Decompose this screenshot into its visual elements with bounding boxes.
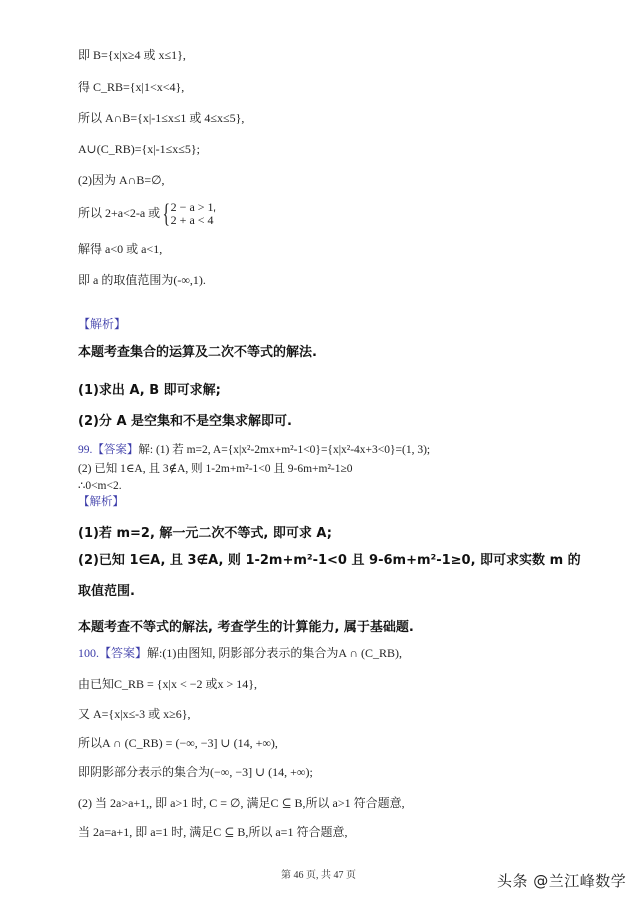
q100-answer-line: (2) 当 2a>a+1,, 即 a>1 时, C = ∅, 满足C ⊆ B,所… bbox=[78, 795, 405, 811]
q99-summary: 本题考查不等式的解法, 考查学生的计算能力, 属于基础题. bbox=[78, 620, 414, 636]
q99-answer-line: (2) 已知 1∈A, 且 3∉A, 则 1-2m+m²-1<0 且 9-6m+… bbox=[78, 461, 353, 477]
inequality-system: 2 − a > 12 + a < 4 bbox=[171, 201, 214, 227]
left-brace-icon: { bbox=[163, 201, 170, 227]
answer-text: 解:(1)由图知, 阴影部分表示的集合为A ∩ (C_RB), bbox=[147, 646, 402, 660]
answer-text: 解: (1) 若 m=2, A={x|x²-2mx+m²-1<0}={x|x²-… bbox=[138, 444, 430, 456]
analysis-tag: 【解析】 bbox=[78, 494, 124, 510]
solution-line: A∪(C_RB)={x|-1≤x≤5}; bbox=[78, 141, 200, 157]
system-prefix: 所以 2+a<2-a 或 bbox=[78, 206, 160, 220]
inequality-system-line: 所以 2+a<2-a 或{2 − a > 12 + a < 4' bbox=[78, 200, 216, 227]
q100-answer-line: 又 A={x|x≤-3 或 x≥6}, bbox=[78, 706, 191, 722]
q100-answer-line: 100.【答案】解:(1)由图知, 阴影部分表示的集合为A ∩ (C_RB), bbox=[78, 645, 402, 661]
question-number: 99. bbox=[78, 444, 92, 456]
q100-answer-line: 由已知C_RB = {x|x < −2 或x > 14}, bbox=[78, 676, 257, 692]
q99-analysis-line: 取值范围. bbox=[78, 584, 135, 600]
system-suffix: ' bbox=[214, 206, 216, 220]
q99-answer-line: ∴0<m<2. bbox=[78, 478, 122, 494]
q99-analysis-line: (2)已知 1∈A, 且 3∉A, 则 1-2m+m²-1<0 且 9-6m+m… bbox=[78, 553, 581, 569]
watermark-text: 头条 @兰江峰数学 bbox=[497, 870, 626, 891]
q100-answer-line: 所以A ∩ (C_RB) = (−∞, −3] ∪ (14, +∞), bbox=[78, 735, 278, 751]
solution-line: 即 a 的取值范围为(-∞,1). bbox=[78, 272, 206, 288]
solution-line: 所以 A∩B={x|-1≤x≤1 或 4≤x≤5}, bbox=[78, 110, 244, 126]
solution-line: 即 B={x|x≥4 或 x≤1}, bbox=[78, 47, 186, 63]
answer-tag: 【答案】 bbox=[99, 646, 147, 660]
q99-answer-line: 99.【答案】解: (1) 若 m=2, A={x|x²-2mx+m²-1<0}… bbox=[78, 442, 430, 458]
solution-line: 解得 a<0 或 a<1, bbox=[78, 241, 162, 257]
q100-answer-line: 即阴影部分表示的集合为(−∞, −3] ∪ (14, +∞); bbox=[78, 764, 313, 780]
analysis-step: (2)分 A 是空集和不是空集求解即可. bbox=[78, 414, 292, 430]
analysis-step: (1)求出 A, B 即可求解; bbox=[78, 383, 221, 399]
solution-line: (2)因为 A∩B=∅, bbox=[78, 172, 165, 188]
answer-tag: 【答案】 bbox=[92, 444, 138, 456]
analysis-tag: 【解析】 bbox=[78, 316, 126, 332]
solution-line: 得 C_RB={x|1<x<4}, bbox=[78, 79, 184, 95]
analysis-summary: 本题考查集合的运算及二次不等式的解法. bbox=[78, 345, 317, 361]
q99-analysis-line: (1)若 m=2, 解一元二次不等式, 即可求 A; bbox=[78, 526, 332, 542]
page-number-footer: 第 46 页, 共 47 页 bbox=[281, 866, 356, 881]
q100-answer-line: 当 2a=a+1, 即 a=1 时, 满足C ⊆ B,所以 a=1 符合题意, bbox=[78, 824, 347, 840]
question-number: 100. bbox=[78, 646, 99, 660]
system-bottom: 2 + a < 4 bbox=[171, 214, 214, 227]
